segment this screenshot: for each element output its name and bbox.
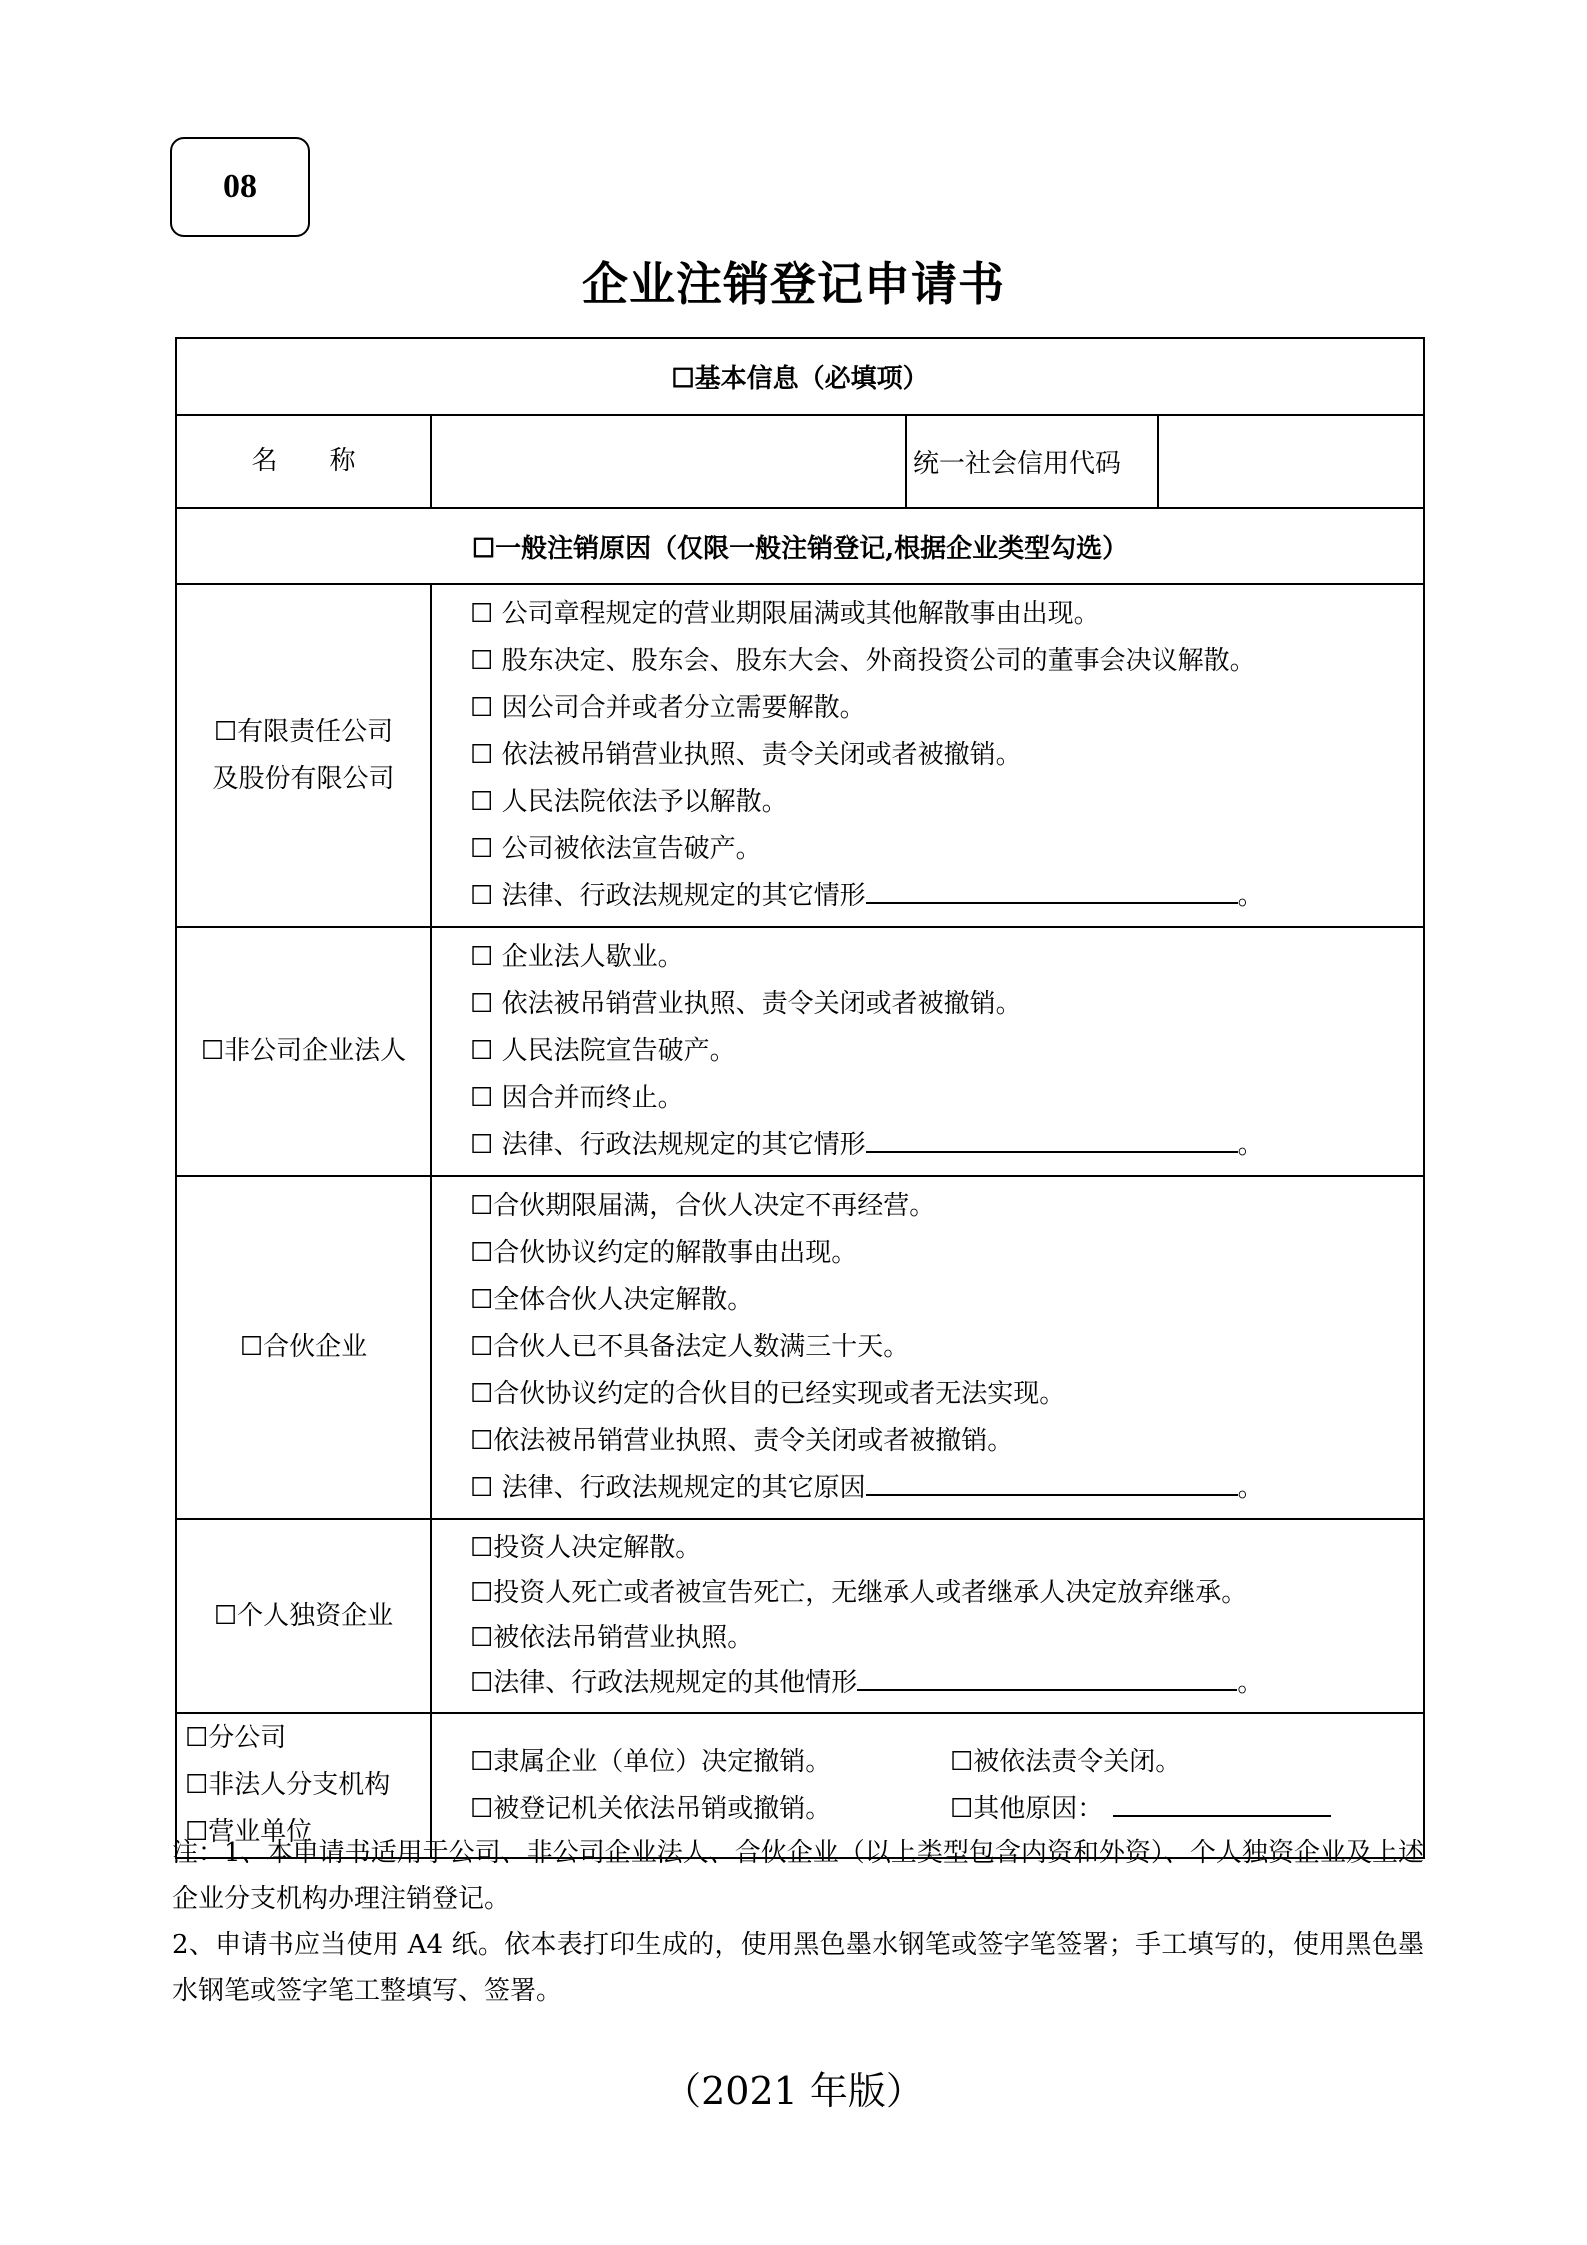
checkbox-option[interactable]: ☐ 因公司合并或者分立需要解散。 bbox=[470, 685, 1423, 732]
other-reason-blank[interactable] bbox=[1113, 1789, 1331, 1817]
checkbox-option-other[interactable]: ☐其他原因： bbox=[950, 1786, 1423, 1833]
general-reason-section-header[interactable]: ☐一般注销原因（仅限一般注销登记,根据企业类型勾选） bbox=[176, 508, 1424, 584]
checkbox-option[interactable]: ☐ 依法被吊销营业执照、责令关闭或者被撤销。 bbox=[470, 981, 1423, 1028]
checkbox-option[interactable]: ☐合伙期限届满，合伙人决定不再经营。 bbox=[470, 1183, 1423, 1230]
checkbox-option[interactable]: ☐隶属企业（单位）决定撤销。 bbox=[470, 1739, 950, 1786]
options-sole-proprietorship: ☐投资人决定解散。 ☐投资人死亡或者被宣告死亡，无继承人或者继承人决定放弃继承。… bbox=[431, 1519, 1424, 1713]
checkbox-option[interactable]: ☐被登记机关依法吊销或撤销。 bbox=[470, 1786, 950, 1833]
checkbox-option-other[interactable]: ☐ 法律、行政法规规定的其它情形。 bbox=[470, 1122, 1423, 1169]
form-number-badge: 08 bbox=[170, 137, 310, 237]
checkbox-option[interactable]: ☐ 企业法人歇业。 bbox=[470, 934, 1423, 981]
checkbox-option[interactable]: ☐ 公司章程规定的营业期限届满或其他解散事由出现。 bbox=[470, 591, 1423, 638]
credit-code-label: 统一社会信用代码 bbox=[906, 415, 1158, 508]
options-llc: ☐ 公司章程规定的营业期限届满或其他解散事由出现。 ☐ 股东决定、股东会、股东大… bbox=[431, 584, 1424, 927]
checkbox-option[interactable]: ☐ 因合并而终止。 bbox=[470, 1075, 1423, 1122]
checkbox-option[interactable]: ☐ 依法被吊销营业执照、责令关闭或者被撤销。 bbox=[470, 732, 1423, 779]
other-reason-blank[interactable] bbox=[866, 1468, 1238, 1496]
checkbox-option[interactable]: ☐投资人决定解散。 bbox=[470, 1526, 1423, 1571]
group-label-line: ☐合伙企业 bbox=[177, 1324, 430, 1371]
checkbox-option-other[interactable]: ☐ 法律、行政法规规定的其它原因。 bbox=[470, 1465, 1423, 1512]
checkbox-option[interactable]: ☐依法被吊销营业执照、责令关闭或者被撤销。 bbox=[470, 1418, 1423, 1465]
edition-label: （2021 年版） bbox=[0, 2060, 1587, 2115]
basic-info-title: ☐基本信息（必填项） bbox=[671, 364, 928, 394]
checkbox-option[interactable]: ☐ 公司被依法宣告破产。 bbox=[470, 826, 1423, 873]
checkbox-option[interactable]: ☐ 股东决定、股东会、股东大会、外商投资公司的董事会决议解散。 bbox=[470, 638, 1423, 685]
checkbox-option[interactable]: ☐ 人民法院依法予以解散。 bbox=[470, 779, 1423, 826]
options-partnership: ☐合伙期限届满，合伙人决定不再经营。 ☐合伙协议约定的解散事由出现。 ☐全体合伙… bbox=[431, 1176, 1424, 1519]
checkbox-option[interactable]: ☐被依法吊销营业执照。 bbox=[470, 1616, 1423, 1661]
checkbox-option[interactable]: ☐被依法责令关闭。 bbox=[950, 1739, 1423, 1786]
notes: 注：1、本申请书适用于公司、非公司企业法人、合伙企业（以上类型包含内资和外资）、… bbox=[172, 1830, 1424, 2014]
group-label-non-company[interactable]: ☐非公司企业法人 bbox=[176, 927, 431, 1176]
name-field[interactable] bbox=[431, 415, 906, 508]
group-label-line: ☐有限责任公司 bbox=[177, 709, 430, 756]
other-reason-blank[interactable] bbox=[857, 1663, 1237, 1691]
checkbox-option[interactable]: ☐全体合伙人决定解散。 bbox=[470, 1277, 1423, 1324]
group-label-sole-proprietorship[interactable]: ☐个人独资企业 bbox=[176, 1519, 431, 1713]
note-1: 注：1、本申请书适用于公司、非公司企业法人、合伙企业（以上类型包含内资和外资）、… bbox=[172, 1830, 1424, 1922]
group-label-line: ☐个人独资企业 bbox=[177, 1593, 430, 1640]
checkbox-option[interactable]: ☐合伙人已不具备法定人数满三十天。 bbox=[470, 1324, 1423, 1371]
note-2: 2、申请书应当使用 A4 纸。依本表打印生成的，使用黑色墨水钢笔或签字笔签署；手… bbox=[172, 1922, 1424, 2014]
checkbox-non-legal-branch[interactable]: ☐非法人分支机构 bbox=[185, 1762, 430, 1809]
group-label-partnership[interactable]: ☐合伙企业 bbox=[176, 1176, 431, 1519]
form-number: 08 bbox=[223, 168, 257, 206]
checkbox-option-other[interactable]: ☐ 法律、行政法规规定的其它情形。 bbox=[470, 873, 1423, 920]
checkbox-option[interactable]: ☐ 人民法院宣告破产。 bbox=[470, 1028, 1423, 1075]
group-label-llc[interactable]: ☐有限责任公司 及股份有限公司 bbox=[176, 584, 431, 927]
checkbox-option[interactable]: ☐合伙协议约定的解散事由出现。 bbox=[470, 1230, 1423, 1277]
general-reason-title: ☐一般注销原因（仅限一般注销登记,根据企业类型勾选） bbox=[472, 534, 1128, 564]
checkbox-branch-company[interactable]: ☐分公司 bbox=[185, 1715, 430, 1762]
other-reason-blank[interactable] bbox=[866, 1125, 1238, 1153]
options-non-company: ☐ 企业法人歇业。 ☐ 依法被吊销营业执照、责令关闭或者被撤销。 ☐ 人民法院宣… bbox=[431, 927, 1424, 1176]
checkbox-option[interactable]: ☐合伙协议约定的合伙目的已经实现或者无法实现。 bbox=[470, 1371, 1423, 1418]
other-reason-blank[interactable] bbox=[866, 876, 1238, 904]
page-title: 企业注销登记申请书 bbox=[0, 248, 1587, 314]
group-label-line: 及股份有限公司 bbox=[177, 756, 430, 803]
application-form-table: ☐基本信息（必填项） 名 称 统一社会信用代码 ☐一般注销原因（仅限一般注销登记… bbox=[175, 337, 1425, 1859]
credit-code-field[interactable] bbox=[1158, 415, 1424, 508]
checkbox-option[interactable]: ☐投资人死亡或者被宣告死亡，无继承人或者继承人决定放弃继承。 bbox=[470, 1571, 1423, 1616]
name-label: 名 称 bbox=[176, 415, 431, 508]
checkbox-option-other[interactable]: ☐法律、行政法规规定的其他情形。 bbox=[470, 1661, 1423, 1706]
group-label-line: ☐非公司企业法人 bbox=[177, 1028, 430, 1075]
basic-info-section-header[interactable]: ☐基本信息（必填项） bbox=[176, 338, 1424, 415]
